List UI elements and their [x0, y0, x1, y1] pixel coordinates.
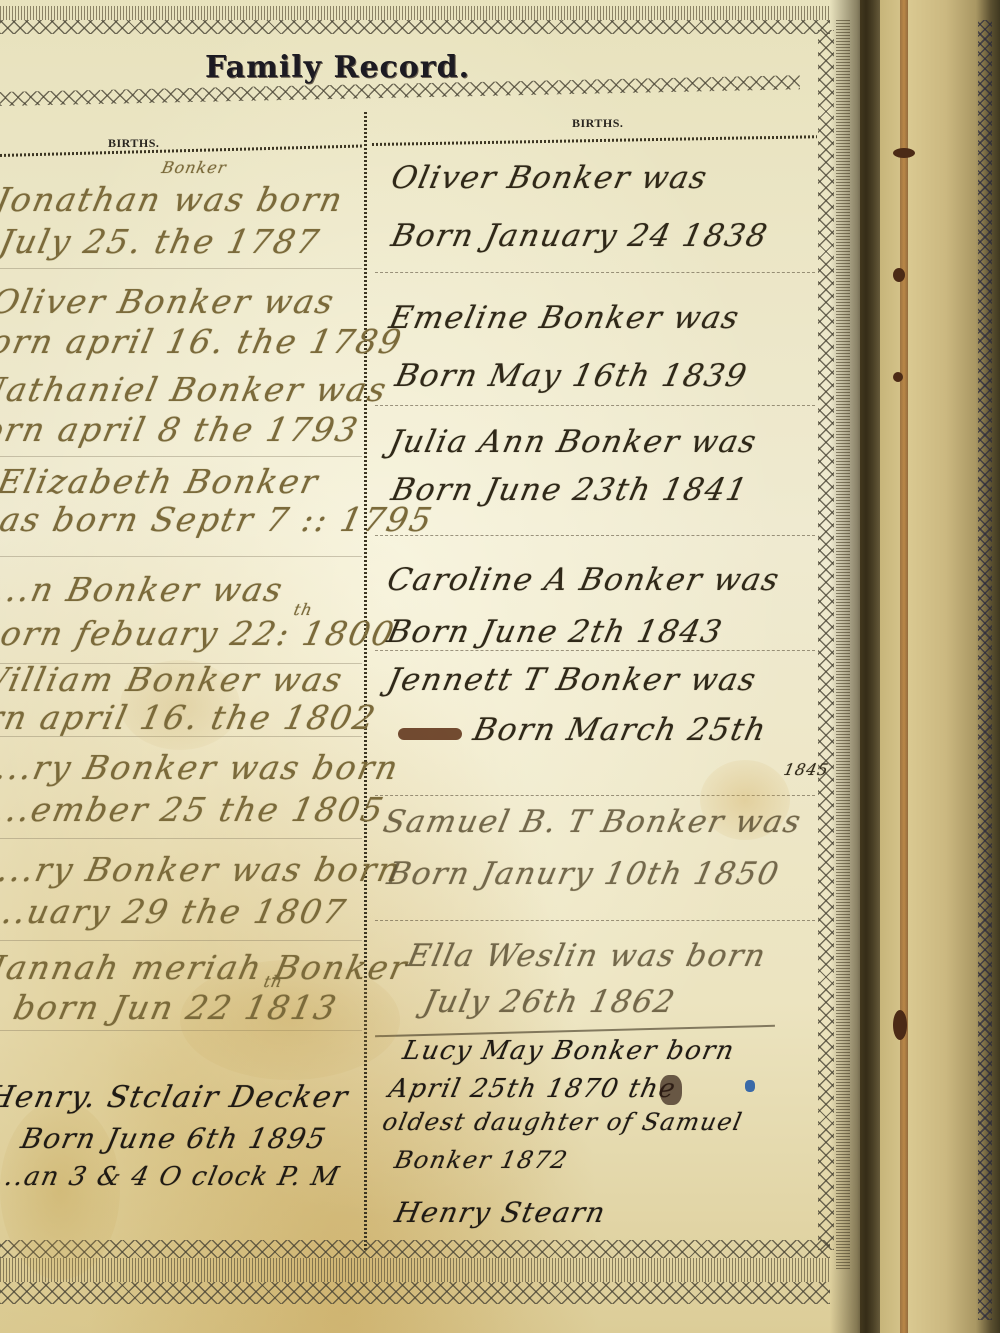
entry-line2: born april 8 the 1793	[0, 410, 363, 449]
entry-line2: born april 16. the 1802	[0, 698, 380, 737]
entry-line1: Julia Ann Bonker was	[386, 424, 761, 460]
bottom-lattice-upper	[0, 1240, 830, 1258]
entry-line1: William Bonker was	[0, 660, 347, 699]
adjacent-page-border	[978, 20, 992, 1320]
binding-stitch	[893, 148, 915, 158]
left-header-rule	[0, 145, 362, 157]
entry-line1: Oliver Bonker was	[388, 160, 711, 196]
entry-separator	[375, 920, 815, 921]
entry-line2: born Jun 22 1813	[10, 988, 341, 1027]
entry-separator	[375, 535, 815, 536]
entry-line1: Ella Weslin was born	[404, 938, 770, 974]
binding-stitch	[893, 268, 905, 282]
ink-blot	[660, 1075, 682, 1105]
right-column-header: BIRTHS.	[572, 116, 623, 131]
entry-line2: born april 16. the 1789	[0, 322, 406, 361]
entry-line5: Henry Stearn	[392, 1196, 609, 1229]
right-header-rule	[372, 135, 817, 146]
top-border-band	[0, 6, 830, 20]
entry-line1: Hannah meriah Bonker	[0, 948, 412, 987]
entry-separator	[375, 272, 815, 273]
left-column-header: BIRTHS.	[108, 136, 159, 151]
entry-line2: Born May 16th 1839	[392, 358, 751, 394]
entry-line1: Emeline Bonker was	[386, 300, 743, 336]
entry-line2: born febuary 22: 1800	[0, 614, 399, 653]
binding-stitch	[893, 372, 903, 382]
entry-line1: Jennett T Bonker was	[384, 662, 760, 698]
blue-ink-spot	[745, 1080, 755, 1092]
entry-line2: was born Septr 7 :: 1795	[0, 500, 437, 539]
entry-line2: Born Janury 10th 1850	[384, 856, 783, 892]
entry-separator	[375, 405, 815, 406]
entry-line3: 1845	[782, 760, 831, 779]
binding-edge	[900, 0, 908, 1333]
crossed-out-ink	[398, 728, 462, 740]
top-lattice-border	[0, 20, 830, 34]
family-record-page: Family Record. BIRTHS. BIRTHS.	[0, 0, 860, 1333]
page-title: Family Record.	[205, 50, 470, 85]
photo-stage: Family Record. BIRTHS. BIRTHS.	[0, 0, 1000, 1333]
entry-line1: Henry. Stclair Decker	[0, 1080, 352, 1115]
entry-separator	[375, 650, 815, 651]
entry-line1: ...ry Bonker was born	[0, 748, 403, 787]
entry-line4: Bonker 1872	[392, 1146, 571, 1174]
entry-line1: ...ry Bonker was born	[0, 850, 405, 889]
entry-line2: ...ember 25 the 1805	[0, 790, 389, 829]
ruled-line	[0, 556, 362, 557]
entry-line2: Born January 24 1838	[388, 218, 771, 254]
entry-line2: April 25th 1870 the	[386, 1074, 679, 1104]
entry-line2: July 26th 1862	[420, 984, 679, 1020]
entry-line1: Nathaniel Bonker was	[0, 370, 391, 409]
entry-separator	[375, 795, 815, 796]
entry-line3: ...an 3 & 4 O clock P. M	[0, 1162, 343, 1192]
bottom-lattice-lower	[0, 1282, 830, 1304]
entry-line2: Born June 23th 1841	[388, 472, 751, 508]
column-divider	[364, 112, 367, 1252]
entry-line2: Born June 6th 1895	[18, 1122, 330, 1155]
ruled-line	[0, 838, 362, 839]
entry-line1: ...n Bonker was	[0, 570, 288, 609]
entry-line1: Oliver Bonker was	[0, 282, 339, 321]
entry-line1: Jonathan was born	[0, 180, 348, 219]
ruled-line	[0, 456, 362, 457]
ruled-line	[0, 940, 362, 941]
ruled-line	[0, 268, 362, 269]
entry-line2: ...uary 29 the 1807	[0, 892, 351, 931]
entry-line1: Samuel B. T Bonker was	[380, 804, 805, 840]
entry-line2: Born March 25th	[470, 712, 770, 748]
ruled-line	[0, 1030, 362, 1031]
entry-line2: Born June 2th 1843	[384, 614, 726, 650]
entry-line1: Elizabeth Bonker	[0, 462, 323, 501]
entry-line3: oldest daughter of Samuel	[380, 1108, 745, 1136]
binding-stitch	[893, 1010, 907, 1040]
entry-line1: Caroline A Bonker was	[384, 562, 783, 598]
entry-superscript: Bonker	[160, 158, 229, 177]
bottom-border-band	[0, 1258, 830, 1282]
entry-line1: Lucy May Bonker born	[400, 1036, 738, 1066]
entry-line2: July 25. the 1787	[0, 222, 324, 261]
